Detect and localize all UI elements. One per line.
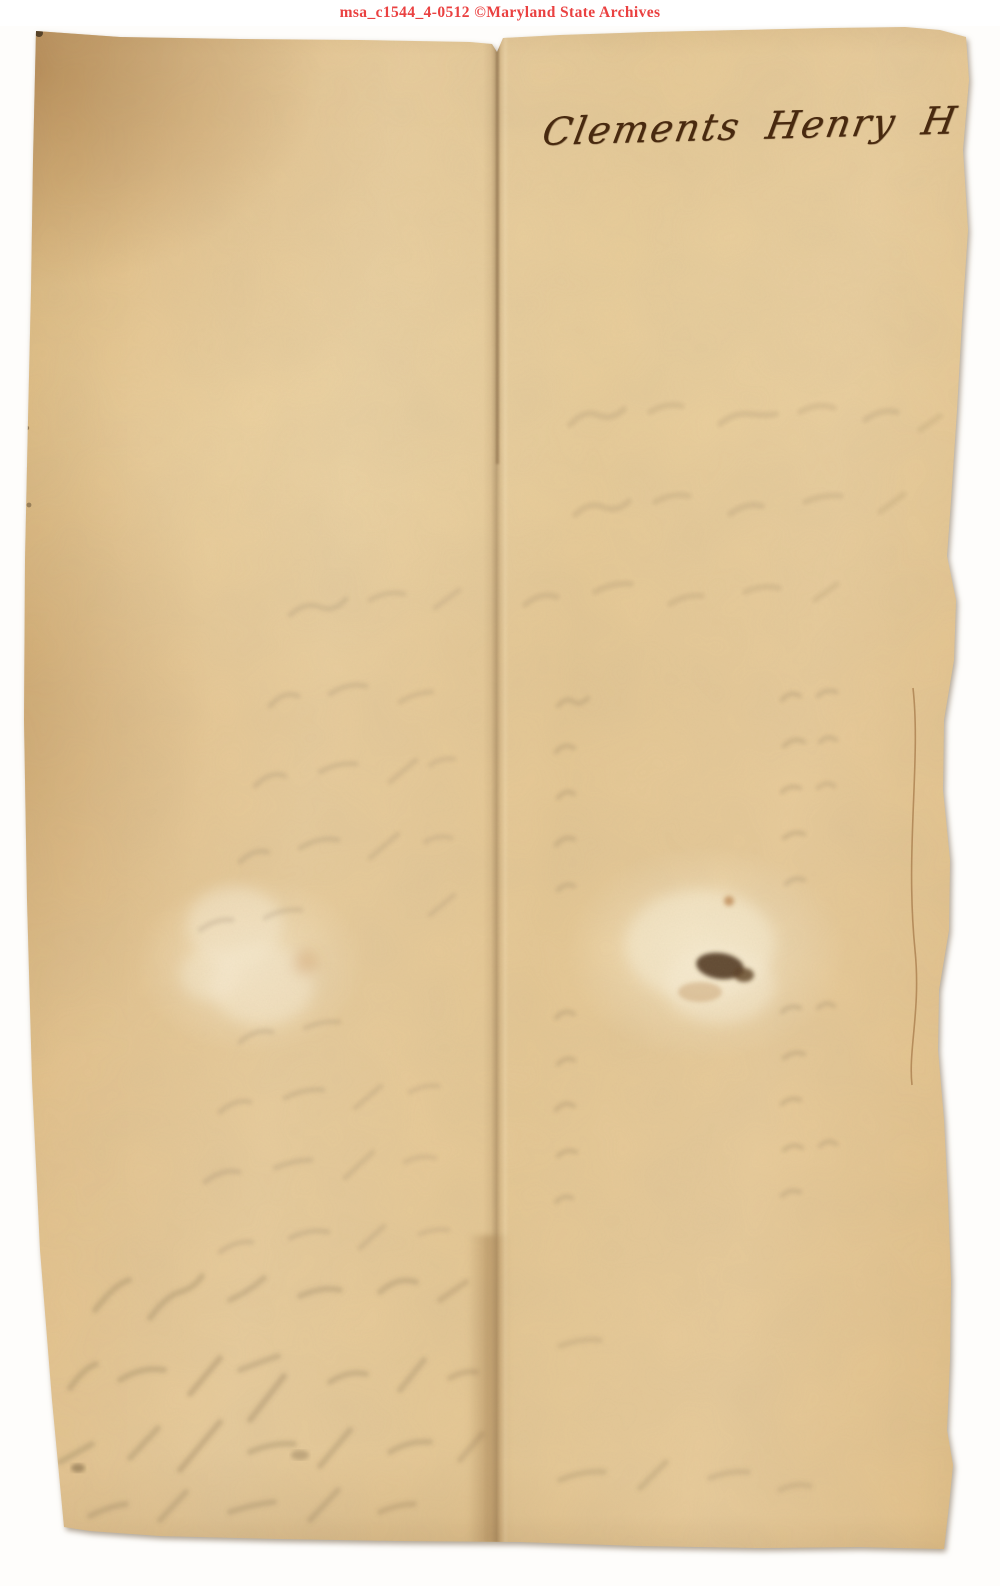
fold-crease-bottom-shade — [468, 1235, 510, 1545]
scanned-document-page: msa_c1544_4-0512 ©Maryland State Archive… — [0, 0, 1000, 1586]
paper-shadow: Clements Henry H — [0, 0, 1000, 1586]
paper-document: Clements Henry H — [0, 0, 1000, 1586]
fold-crease-top-line — [496, 44, 499, 464]
